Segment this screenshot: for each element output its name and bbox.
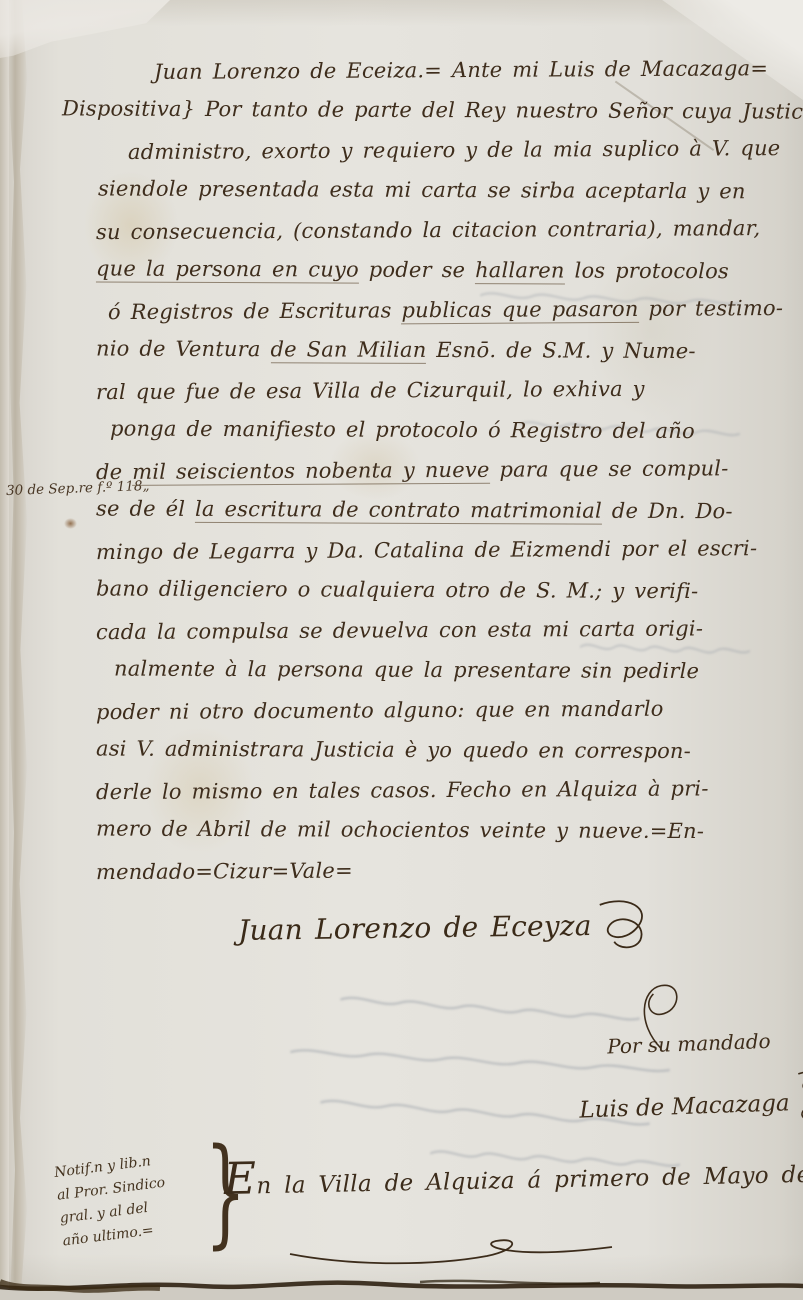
manuscript-line: bano diligenciero o cualquiera otro de S… <box>96 568 798 611</box>
manuscript-line: que la persona en cuyo poder se hallaren… <box>96 248 798 291</box>
manuscript-page: Juan Lorenzo de Eceiza.= Ante mi Luis de… <box>0 0 803 1300</box>
bottom-margin-note: Notif.n y lib.nal Pror. Sindicogral. y a… <box>53 1143 223 1254</box>
manuscript-text-block: Juan Lorenzo de Eceiza.= Ante mi Luis de… <box>62 50 798 950</box>
manuscript-line: asi V. administrara Justicia è yo quedo … <box>96 728 798 771</box>
manuscript-line: siendole presentada esta mi carta se sir… <box>98 168 798 211</box>
manuscript-line: mingo de Legarra y Da. Catalina de Eizme… <box>96 528 798 572</box>
manuscript-line: administro, exorto y requiero y de la mi… <box>128 128 798 172</box>
manuscript-line: poder ni otro documento alguno: que en m… <box>96 688 798 732</box>
manuscript-lines: Juan Lorenzo de Eceiza.= Ante mi Luis de… <box>62 50 798 890</box>
closing-block: Por su mandado Luis de Macazaga <box>554 996 803 1141</box>
manuscript-line: mero de Abril de mil ochocientos veinte … <box>96 808 798 851</box>
manuscript-line: ó Registros de Escrituras publicas que p… <box>108 288 798 332</box>
signature-rubric-icon <box>788 1067 803 1133</box>
manuscript-line: ral que fue de esa Villa de Cizurquil, l… <box>96 368 798 412</box>
paper-binding-seam <box>8 0 28 1300</box>
signature-luis-macazaga: Luis de Macazaga <box>578 1068 803 1140</box>
manuscript-line: ponga de manifiesto el protocolo ó Regis… <box>110 408 798 451</box>
manuscript-line: su consecuencia, (constando la citacion … <box>96 208 798 252</box>
manuscript-line: mendado=Cizur=Vale= <box>96 848 798 892</box>
signature-name: Juan Lorenzo de Eceyza <box>238 909 592 947</box>
bottom-text-line: En la Villa de Alquiza á primero de Mayo… <box>224 1162 803 1200</box>
manuscript-line: Juan Lorenzo de Eceiza.= Ante mi Luis de… <box>154 48 798 92</box>
manuscript-line: se de él la escritura de contrato matrim… <box>96 488 798 531</box>
signature-juan-lorenzo: Juan Lorenzo de Eceyza <box>238 894 799 954</box>
paper-left-margin <box>0 0 9 1300</box>
manuscript-line: cada la compulsa se devuelva con esta mi… <box>96 608 798 652</box>
closing-flourish-icon <box>631 980 689 1054</box>
bottom-flourish-icon <box>282 1234 632 1270</box>
manuscript-line: Dispositiva} Por tanto de parte del Rey … <box>62 88 798 131</box>
manuscript-line: nio de Ventura de San Milian Esnō. de S.… <box>96 328 798 371</box>
manuscript-line: de mil seiscientos nobenta y nueve para … <box>96 448 798 492</box>
manuscript-line: derle lo mismo en tales casos. Fecho en … <box>96 768 798 812</box>
manuscript-line: nalmente à la persona que la presentare … <box>114 649 798 692</box>
signature-rubric-icon <box>593 896 656 949</box>
signature-name: Luis de Macazaga <box>579 1090 790 1123</box>
